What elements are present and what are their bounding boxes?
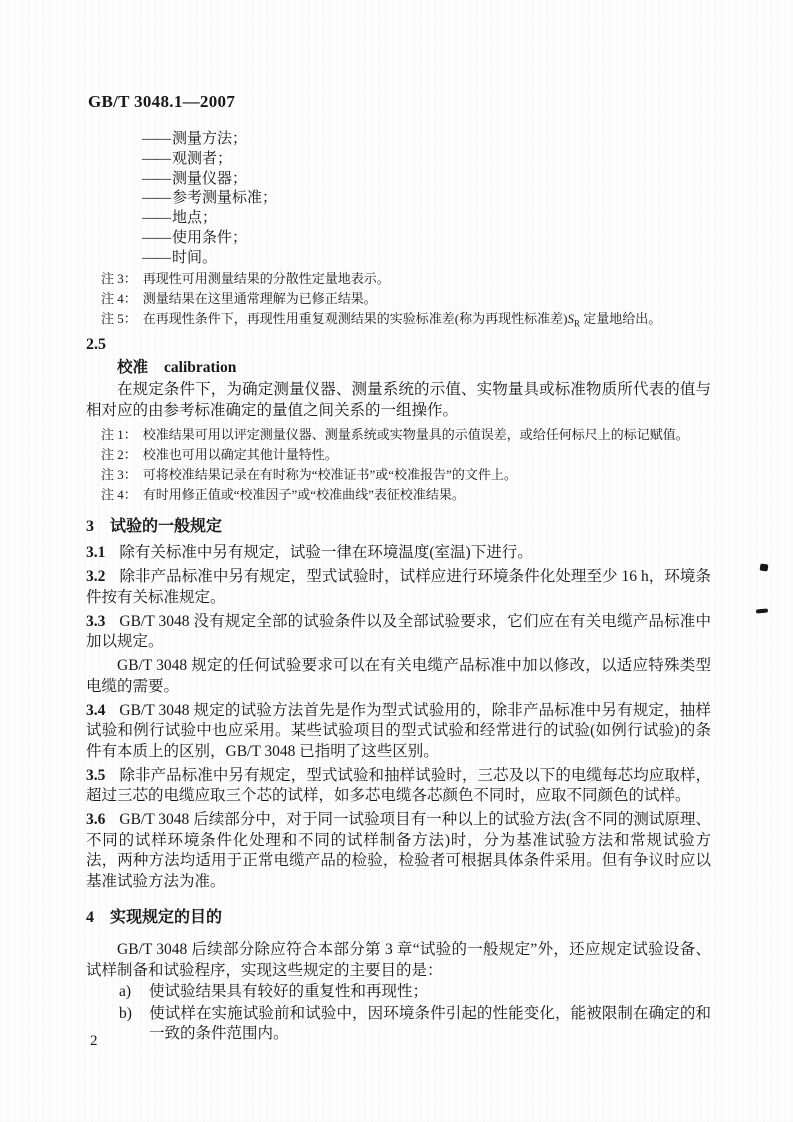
list-item-text: 观测者； <box>172 151 232 167</box>
note-text: 在再现性条件下，再现性用重复观测结果的实验标准差(称为再现性标准差) <box>143 311 568 326</box>
list-item: ——参考测量标准； <box>142 189 711 209</box>
note-text: 可将校准结果记录在有时称为“校准证书”或“校准报告”的文件上。 <box>143 467 517 482</box>
note: 注 1：校准结果可用以评定测量仪器、测量系统或实物量具的示值误差，或给任何标尺上… <box>101 425 711 445</box>
dash-prefix: —— <box>142 171 170 187</box>
clause-3-5: 3.5除非产品标准中另有规定，型式试验和抽样试验时，三芯及以下的电缆每芯均应取样… <box>86 766 711 807</box>
page-content: GB/T 3048.1—2007 ——测量方法； ——观测者； ——测量仪器； … <box>0 0 793 1045</box>
note: 注 4：测量结果在这里通常理解为已修正结果。 <box>101 289 711 309</box>
list-item: ——地点； <box>142 209 711 229</box>
note-text: 定量地给出。 <box>580 311 661 326</box>
note: 注 5：在再现性条件下，再现性用重复观测结果的实验标准差(称为再现性标准差)SR… <box>101 309 711 334</box>
clause-3-3-continuation: GB/T 3048 规定的任何试验要求可以在有关电缆产品标准中加以修改，以适应特… <box>86 656 711 697</box>
list-item-text: 测量仪器； <box>172 171 247 187</box>
note-label: 注 2： <box>101 447 137 462</box>
clause-number: 3.6 <box>86 811 105 828</box>
term-zh: 校准 <box>117 359 148 376</box>
section-number: 3 <box>86 518 94 535</box>
note-label: 注 4： <box>101 291 137 306</box>
clause-3-3: 3.3GB/T 3048 没有规定全部的试验条件以及全部试验要求，它们应在有关电… <box>86 612 711 653</box>
page-number: 2 <box>90 1033 98 1050</box>
clause-text: 除有关标准中另有规定，试验一律在环境温度(室温)下进行。 <box>119 544 532 561</box>
list-item-text: 参考测量标准； <box>172 190 277 206</box>
note-text: 测量结果在这里通常理解为已修正结果。 <box>143 291 377 306</box>
dash-prefix: —— <box>142 190 170 206</box>
clause-text: GB/T 3048 规定的试验方法首先是作为型式试验用的，除非产品标准中另有规定… <box>86 702 711 760</box>
dash-prefix: —— <box>142 250 170 266</box>
note: 注 3：可将校准结果记录在有时称为“校准证书”或“校准报告”的文件上。 <box>101 465 711 485</box>
list-item-text: 使用条件； <box>172 230 247 246</box>
note-text: 校准也可用以确定其他计量特性。 <box>143 447 338 462</box>
note-label: 注 3： <box>101 467 137 482</box>
item-label: b) <box>119 1004 149 1025</box>
dash-prefix: —— <box>142 210 170 226</box>
dash-prefix: —— <box>142 230 170 246</box>
note-label: 注 1： <box>101 427 137 442</box>
note-label: 注 5： <box>101 311 137 326</box>
list-item-text: 测量方法； <box>172 131 247 147</box>
list-item: ——观测者； <box>142 150 711 170</box>
section-4-intro: GB/T 3048 后续部分除应符合本部分第 3 章“试验的一般规定”外，还应规… <box>86 940 711 981</box>
term-en: calibration <box>164 359 236 376</box>
clause-3-4: 3.4GB/T 3048 规定的试验方法首先是作为型式试验用的，除非产品标准中另… <box>86 701 711 763</box>
doc-number: GB/T 3048.1—2007 <box>88 92 711 112</box>
section-3-heading: 3试验的一般规定 <box>86 516 711 537</box>
clause-number-2-5: 2.5 <box>86 335 711 355</box>
list-item: ——测量方法； <box>142 130 711 150</box>
note-text: 有时用修正值或“校准因子”或“校准曲线”表征校准结果。 <box>143 487 465 502</box>
dash-prefix: —— <box>142 131 170 147</box>
note: 注 3：再现性可用测量结果的分散性定量地表示。 <box>101 269 711 289</box>
definition-paragraph: 在规定条件下，为确定测量仪器、测量系统的示值、实物量具或标准物质所代表的值与相对… <box>86 380 711 421</box>
clause-number: 3.2 <box>86 568 105 585</box>
clause-text: GB/T 3048 后续部分中，对于同一试验项目有一种以上的试验方法(含不同的测… <box>86 811 711 890</box>
item-text: 使试验结果具有较好的重复性和再现性； <box>149 983 428 1000</box>
note-text: 校准结果可用以评定测量仪器、测量系统或实物量具的示值误差，或给任何标尺上的标记赋… <box>143 427 689 442</box>
section-number: 4 <box>86 909 94 926</box>
notes-reproducibility: 注 3：再现性可用测量结果的分散性定量地表示。 注 4：测量结果在这里通常理解为… <box>86 269 711 334</box>
section-title: 实现规定的目的 <box>110 909 222 926</box>
clause-text: GB/T 3048 没有规定全部的试验条件以及全部试验要求，它们应在有关电缆产品… <box>86 613 711 651</box>
item-text: 使试样在实施试验前和试验中，因环境条件引起的性能变化，能被限制在确定的和一致的条… <box>149 1005 711 1043</box>
list-item: ——时间。 <box>142 249 711 269</box>
term-heading: 校准calibration <box>117 358 711 378</box>
clause-3-1: 3.1除有关标准中另有规定，试验一律在环境温度(室温)下进行。 <box>86 543 711 564</box>
clause-number: 3.3 <box>86 613 105 630</box>
objective-item-b: b)使试样在实施试验前和试验中，因环境条件引起的性能变化，能被限制在确定的和一致… <box>119 1004 711 1045</box>
clause-text: 除非产品标准中另有规定，型式试验时，试样应进行环境条件化处理至少 16 h，环境… <box>86 568 711 606</box>
list-item: ——使用条件； <box>142 229 711 249</box>
section-title: 试验的一般规定 <box>110 518 222 535</box>
scan-speck <box>760 563 769 571</box>
clause-number: 3.4 <box>86 702 105 719</box>
note-label: 注 4： <box>101 487 137 502</box>
note-text: 再现性可用测量结果的分散性定量地表示。 <box>143 271 390 286</box>
notes-calibration: 注 1：校准结果可用以评定测量仪器、测量系统或实物量具的示值误差，或给任何标尺上… <box>86 425 711 505</box>
list-item: ——测量仪器； <box>142 170 711 190</box>
clause-3-2: 3.2除非产品标准中另有规定，型式试验时，试样应进行环境条件化处理至少 16 h… <box>86 567 711 608</box>
clause-3-6: 3.6GB/T 3048 后续部分中，对于同一试验项目有一种以上的试验方法(含不… <box>86 810 711 892</box>
list-item-text: 时间。 <box>172 250 217 266</box>
note-label: 注 3： <box>101 271 137 286</box>
clause-number: 3.1 <box>86 544 105 561</box>
note: 注 2：校准也可用以确定其他计量特性。 <box>101 445 711 465</box>
note: 注 4：有时用修正值或“校准因子”或“校准曲线”表征校准结果。 <box>101 485 711 505</box>
dash-prefix: —— <box>142 151 170 167</box>
list-item-text: 地点； <box>172 210 217 226</box>
clause-text: 除非产品标准中另有规定，型式试验和抽样试验时，三芯及以下的电缆每芯均应取样，超过… <box>86 767 711 805</box>
document-page: GB/T 3048.1—2007 ——测量方法； ——观测者； ——测量仪器； … <box>0 0 793 1122</box>
reproducibility-conditions-list: ——测量方法； ——观测者； ——测量仪器； ——参考测量标准； ——地点； —… <box>142 130 711 269</box>
section-4-heading: 4实现规定的目的 <box>86 907 711 928</box>
objective-item-a: a)使试验结果具有较好的重复性和再现性； <box>119 982 711 1003</box>
clause-number: 3.5 <box>86 767 105 784</box>
item-label: a) <box>119 982 149 1003</box>
